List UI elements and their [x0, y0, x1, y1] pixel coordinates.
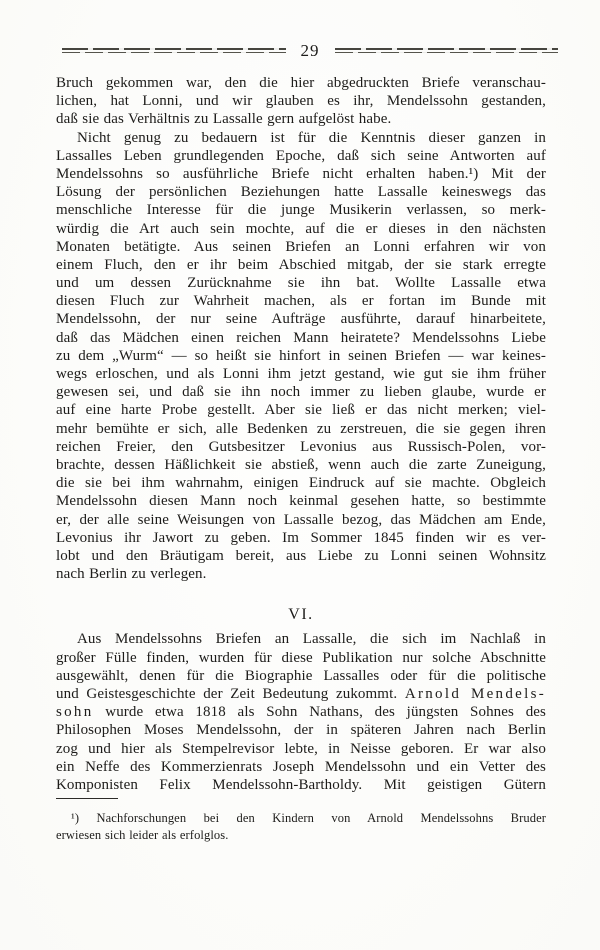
text-line: brachte, dessen Häßlichkeit sie abstieß,…: [56, 456, 546, 474]
text-line: daß sie das Verhältnis zu Lassalle gern …: [56, 110, 546, 128]
text-segment: wurde etwa 1818 als Sohn Nathans, des jü…: [94, 704, 546, 720]
text-line: und um dessen Zurücknahme sie ihn bat. W…: [56, 274, 546, 292]
text-line: mehr bemühte er sich, alle Bedenken zu z…: [56, 420, 546, 438]
text-line: und Geistesgeschichte der Zeit Bedeutung…: [56, 685, 546, 703]
text-line: würdig die Art auch sein mochte, auf die…: [56, 220, 546, 238]
page-header: 29: [62, 42, 558, 59]
footnote: ¹) Nachforschungen bei den Kindern von A…: [56, 810, 546, 844]
text-line: Mendelssohns so ausführliche Briefe nich…: [56, 165, 546, 183]
text-line: Komponisten Felix Mendelssohn-Bartholdy.…: [56, 776, 546, 794]
text-line: lobt und den Bräutigam bereit, aus Liebe…: [56, 547, 546, 565]
text-line: lichen, hat Lonni, und wir glauben es ih…: [56, 92, 546, 110]
text-line: Aus Mendelssohns Briefen an Lassalle, di…: [56, 630, 546, 648]
header-rule-left: [62, 48, 286, 54]
text-line: wegs erloschen, und als Lonni ihm jetzt …: [56, 365, 546, 383]
text-line: Lösung der persönlichen Beziehungen hatt…: [56, 183, 546, 201]
text-line: nach Berlin zu verlegen.: [56, 565, 546, 583]
section-heading: VI.: [56, 606, 546, 624]
footnote-separator: [56, 798, 118, 799]
book-page: 29 Bruch gekommen war, den die hier abge…: [0, 0, 600, 950]
text-line: menschliche Interesse für die junge Musi…: [56, 201, 546, 219]
text-line: zu dem „Wurm“ — so heißt sie hinfort in …: [56, 347, 546, 365]
footnote-line: erwiesen sich leider als erfolglos.: [56, 827, 546, 844]
paragraph-3: Aus Mendelssohns Briefen an Lassalle, di…: [56, 630, 546, 794]
emphasized-name: Arnold Mendels-: [405, 686, 546, 702]
text-line: diesen Fluch zur Wahrheit machen, als er…: [56, 292, 546, 310]
text-line: er, der alle seine Weisungen von Lassall…: [56, 511, 546, 529]
text-line: Mendelssohn, der nur seine Aufträge ausf…: [56, 310, 546, 328]
text-line: reichen Freier, den Gutsbesitzer Levoniu…: [56, 438, 546, 456]
paragraph-2: Nicht genug zu bedauern ist für die Kenn…: [56, 129, 546, 584]
text-line: auf eine harte Probe gestellt. Aber sie …: [56, 401, 546, 419]
text-line: ein Neffe des Kommerzienrats Joseph Mend…: [56, 758, 546, 776]
text-line: sohn wurde etwa 1818 als Sohn Nathans, d…: [56, 703, 546, 721]
text-line: Bruch gekommen war, den die hier abgedru…: [56, 74, 546, 92]
emphasized-name: sohn: [56, 704, 94, 720]
text-line: Nicht genug zu bedauern ist für die Kenn…: [56, 129, 546, 147]
text-line: großer Fülle finden, wurden für diese Pu…: [56, 649, 546, 667]
text-line: zog und hier als Stempelrevisor lebte, i…: [56, 740, 546, 758]
page-number: 29: [286, 42, 335, 59]
text-line: gewesen sei, und daß sie ihn noch immer …: [56, 383, 546, 401]
body-text: Bruch gekommen war, den die hier abgedru…: [56, 74, 546, 844]
text-line: Monaten betätigte. Aus seinen Briefen an…: [56, 238, 546, 256]
text-line: Philosophen Moses Mendelssohn, der in sp…: [56, 721, 546, 739]
text-line: einem Fluch, den er ihr beim Abschied mi…: [56, 256, 546, 274]
text-line: die sie bei ihm wahrnahm, einigen Eindru…: [56, 474, 546, 492]
text-segment: und Geistesgeschichte der Zeit Bedeutung…: [56, 686, 405, 702]
text-line: Mendelssohn diesen Mann noch keinmal ges…: [56, 492, 546, 510]
footnote-line: ¹) Nachforschungen bei den Kindern von A…: [56, 810, 546, 827]
text-line: Lassalles Leben grundlegenden Epoche, da…: [56, 147, 546, 165]
text-line: Levonius ihr Jawort zu geben. Im Sommer …: [56, 529, 546, 547]
text-line: ausgewählt, denen für die Biographie Las…: [56, 667, 546, 685]
text-line: daß das Mädchen einen reichen Mann heira…: [56, 329, 546, 347]
header-rule-right: [335, 48, 559, 54]
paragraph-1: Bruch gekommen war, den die hier abgedru…: [56, 74, 546, 129]
